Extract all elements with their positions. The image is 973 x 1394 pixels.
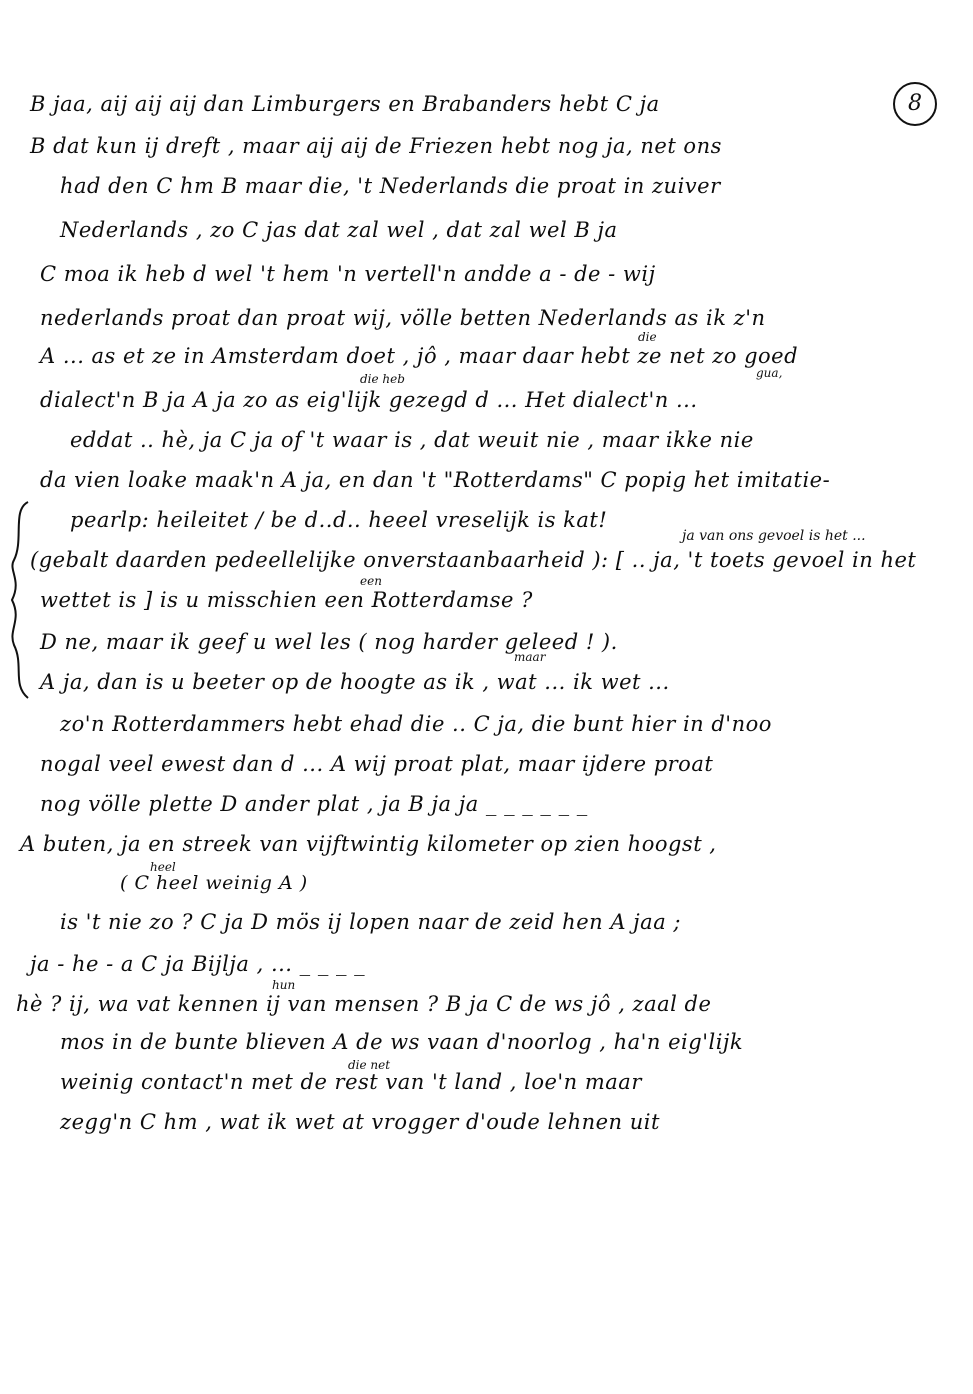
text-line: nogal veel ewest dan d ... A wij proat p… [40, 752, 713, 776]
text-line: B dat kun ij dreft , maar aij aij de Fri… [30, 134, 722, 158]
text-line: B jaa, aij aij aij dan Limburgers en Bra… [30, 92, 660, 116]
text-line: dialect'n B ja A ja zo as eig'lijk gezeg… [40, 388, 698, 412]
interlinear-note: maar [514, 650, 545, 664]
text-line: nederlands proat dan proat wij, völle be… [40, 306, 766, 330]
text-line: da vien loake maak'n A ja, en dan 't "Ro… [40, 468, 830, 492]
text-line: zegg'n C hm , wat ik wet at vrogger d'ou… [60, 1110, 660, 1134]
page-number-circle: 8 [893, 82, 937, 126]
text-line: A ... as et ze in Amsterdam doet , jô , … [40, 344, 798, 368]
interlinear-note: die [638, 330, 657, 344]
text-line: had den C hm B maar die, 't Nederlands d… [60, 174, 721, 198]
interlinear-note: die heb [360, 372, 405, 386]
text-line: nog völle plette D ander plat , ja B ja … [40, 792, 588, 816]
text-line: ja - he - a C ja Bijlja , ... _ _ _ _ [30, 952, 365, 976]
text-line: mos in de bunte blieven A de ws vaan d'n… [60, 1030, 743, 1054]
text-line: is 't nie zo ? C ja D mös ij lopen naar … [60, 910, 681, 934]
interlinear-note: ja van ons gevoel is het ... [682, 528, 866, 544]
text-line: ( C heel weinig A ) [120, 872, 308, 894]
text-line: pearlp: heileitet / be d..d.. heeel vres… [70, 508, 607, 532]
text-line: hè ? ij, wa vat kennen ij van mensen ? B… [16, 992, 711, 1016]
text-line: weinig contact'n met de rest van 't land… [60, 1070, 642, 1094]
text-line: A ja, dan is u beeter op de hoogte as ik… [40, 670, 670, 694]
text-line: A buten, ja en streek van vijftwintig ki… [20, 832, 716, 856]
text-line: C moa ik heb d wel 't hem 'n vertell'n a… [40, 262, 656, 286]
text-line: Nederlands , zo C jas dat zal wel , dat … [60, 218, 618, 242]
text-line: zo'n Rotterdammers hebt ehad die .. C ja… [60, 712, 772, 736]
text-line: (gebalt daarden pedeellelijke onverstaan… [30, 548, 916, 572]
manuscript-page: 8 B jaa, aij aij aij dan Limburgers en B… [0, 0, 973, 1394]
interlinear-note: gua, [756, 366, 782, 380]
text-line: eddat .. hè, ja C ja of 't waar is , dat… [70, 428, 754, 452]
text-line: wettet is ] is u misschien een Rotterdam… [40, 588, 533, 612]
margin-brace-icon [6, 500, 34, 700]
interlinear-note: een [360, 574, 382, 588]
interlinear-note: hun [272, 978, 295, 992]
